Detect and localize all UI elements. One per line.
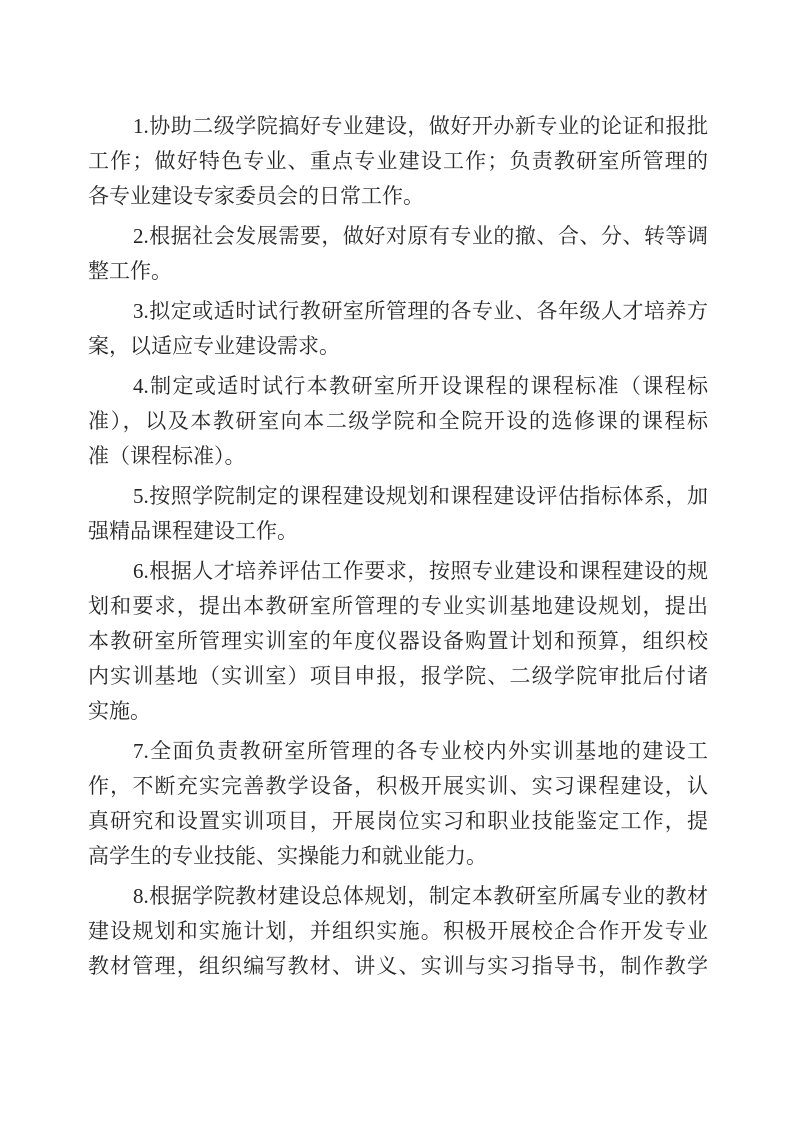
text-line: 4.制定或适时试行本教研室所开设课程的课程标准（课程标 bbox=[88, 369, 708, 404]
document-page: 1.协助二级学院搞好专业建设，做好开办新专业的论证和报批 工作；做好特色专业、重… bbox=[0, 0, 794, 1122]
text-line: 各专业建设专家委员会的日常工作。 bbox=[88, 179, 708, 214]
text-line: 2.根据社会发展需要，做好对原有专业的撤、合、分、转等调 bbox=[88, 219, 708, 254]
text-line: 3.拟定或适时试行教研室所管理的各专业、各年级人才培养方 bbox=[88, 294, 708, 329]
text-line: 教材管理，组织编写教材、讲义、实训与实习指导书，制作教学 bbox=[88, 949, 708, 984]
paragraph-2: 2.根据社会发展需要，做好对原有专业的撤、合、分、转等调 整工作。 bbox=[88, 219, 708, 289]
paragraph-8: 8.根据学院教材建设总体规划，制定本教研室所属专业的教材 建设规划和实施计划，并… bbox=[88, 879, 708, 984]
text-line: 建设规划和实施计划，并组织实施。积极开展校企合作开发专业 bbox=[88, 914, 708, 949]
text-line: 实施。 bbox=[88, 694, 708, 729]
text-line: 准（课程标准）。 bbox=[88, 439, 708, 474]
text-line: 强精品课程建设工作。 bbox=[88, 514, 708, 549]
paragraph-4: 4.制定或适时试行本教研室所开设课程的课程标准（课程标 准），以及本教研室向本二… bbox=[88, 369, 708, 474]
text-line: 真研究和设置实训项目，开展岗位实习和职业技能鉴定工作，提 bbox=[88, 804, 708, 839]
text-line: 作，不断充实完善教学设备，积极开展实训、实习课程建设，认 bbox=[88, 769, 708, 804]
text-line: 8.根据学院教材建设总体规划，制定本教研室所属专业的教材 bbox=[88, 879, 708, 914]
text-line: 划和要求，提出本教研室所管理的专业实训基地建设规划，提出 bbox=[88, 589, 708, 624]
text-line: 工作；做好特色专业、重点专业建设工作；负责教研室所管理的 bbox=[88, 144, 708, 179]
paragraph-7: 7.全面负责教研室所管理的各专业校内外实训基地的建设工 作，不断充实完善教学设备… bbox=[88, 734, 708, 874]
text-line: 整工作。 bbox=[88, 254, 708, 289]
text-line: 5.按照学院制定的课程建设规划和课程建设评估指标体系，加 bbox=[88, 479, 708, 514]
text-block: 1.协助二级学院搞好专业建设，做好开办新专业的论证和报批 工作；做好特色专业、重… bbox=[88, 109, 708, 984]
paragraph-6: 6.根据人才培养评估工作要求，按照专业建设和课程建设的规 划和要求，提出本教研室… bbox=[88, 554, 708, 729]
text-line: 6.根据人才培养评估工作要求，按照专业建设和课程建设的规 bbox=[88, 554, 708, 589]
text-line: 内实训基地（实训室）项目申报，报学院、二级学院审批后付诸 bbox=[88, 659, 708, 694]
text-line: 本教研室所管理实训室的年度仪器设备购置计划和预算，组织校 bbox=[88, 624, 708, 659]
paragraph-3: 3.拟定或适时试行教研室所管理的各专业、各年级人才培养方 案，以适应专业建设需求… bbox=[88, 294, 708, 364]
text-line: 7.全面负责教研室所管理的各专业校内外实训基地的建设工 bbox=[88, 734, 708, 769]
text-line: 高学生的专业技能、实操能力和就业能力。 bbox=[88, 839, 708, 874]
text-line: 案，以适应专业建设需求。 bbox=[88, 329, 708, 364]
paragraph-1: 1.协助二级学院搞好专业建设，做好开办新专业的论证和报批 工作；做好特色专业、重… bbox=[88, 109, 708, 214]
paragraph-5: 5.按照学院制定的课程建设规划和课程建设评估指标体系，加 强精品课程建设工作。 bbox=[88, 479, 708, 549]
text-line: 准），以及本教研室向本二级学院和全院开设的选修课的课程标 bbox=[88, 404, 708, 439]
text-line: 1.协助二级学院搞好专业建设，做好开办新专业的论证和报批 bbox=[88, 109, 708, 144]
